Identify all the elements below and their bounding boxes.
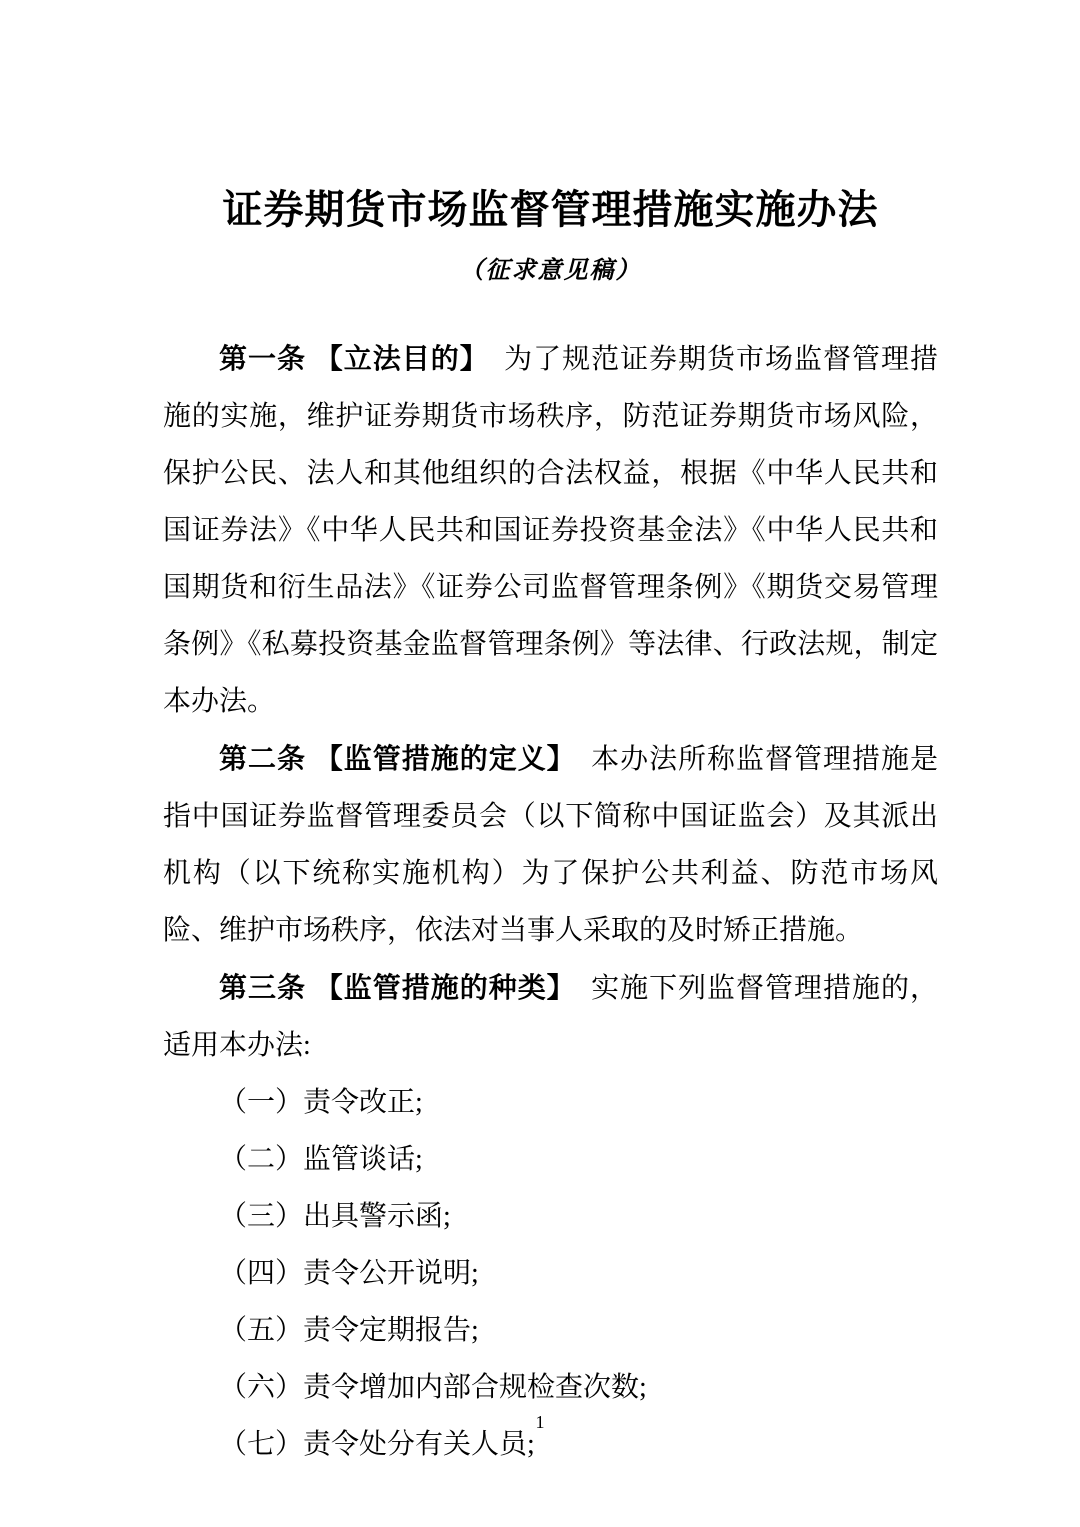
page-number: 1 <box>0 1410 1080 1434</box>
document-content: 证券期货市场监督管理措施实施办法 （征求意见稿） 第一条 【立法目的】为了规范证… <box>163 0 938 1473</box>
article-paragraph: 第三条 【监管措施的种类】实施下列监督管理措施的，适用本办法: <box>163 959 938 1074</box>
article-body-text: 为了规范证券期货市场监督管理措施的实施，维护证券期货市场秩序，防范证券期货市场风… <box>163 344 938 717</box>
article-paragraph: 第一条 【立法目的】为了规范证券期货市场监督管理措施的实施，维护证券期货市场秩序… <box>163 330 938 730</box>
document-page: 证券期货市场监督管理措施实施办法 （征求意见稿） 第一条 【立法目的】为了规范证… <box>0 0 1080 1527</box>
list-item: （六）责令增加内部合规检查次数; <box>163 1359 938 1416</box>
list-item: （五）责令定期报告; <box>163 1302 938 1359</box>
article-heading: 第一条 【立法目的】 <box>219 343 489 374</box>
list-item: （一）责令改正; <box>163 1074 938 1131</box>
list-item: （四）责令公开说明; <box>163 1245 938 1302</box>
article-body-text: 本办法所称监督管理措施是指中国证券监督管理委员会（以下简称中国证监会）及其派出机… <box>163 744 938 946</box>
document-title: 证券期货市场监督管理措施实施办法 <box>163 186 938 234</box>
list-item: （三）出具警示函; <box>163 1188 938 1245</box>
document-body: 第一条 【立法目的】为了规范证券期货市场监督管理措施的实施，维护证券期货市场秩序… <box>163 330 938 1473</box>
document-subtitle: （征求意见稿） <box>163 254 938 288</box>
article-heading: 第三条 【监管措施的种类】 <box>219 972 576 1003</box>
article-paragraph: 第二条 【监管措施的定义】本办法所称监督管理措施是指中国证券监督管理委员会（以下… <box>163 730 938 959</box>
article-heading: 第二条 【监管措施的定义】 <box>219 743 576 774</box>
list-item: （二）监管谈话; <box>163 1131 938 1188</box>
